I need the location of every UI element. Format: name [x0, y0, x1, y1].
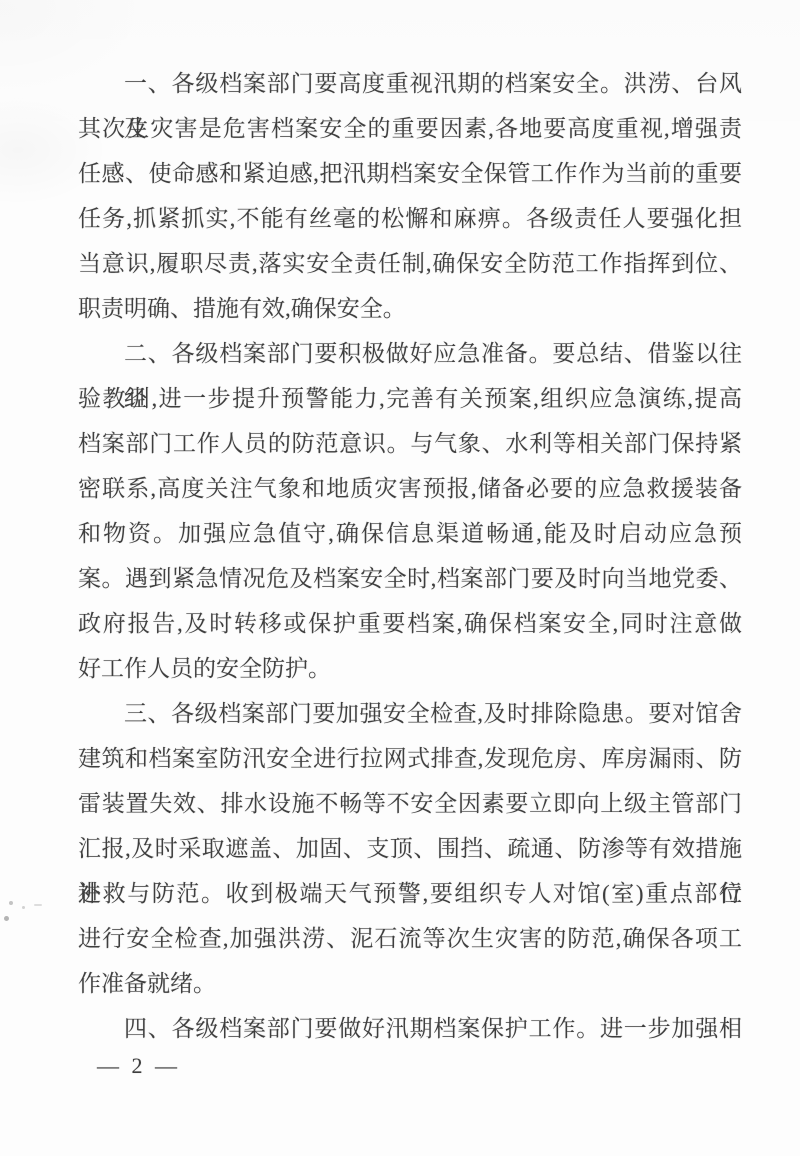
text-line: 二、各级档案部门要积极做好应急准备。要总结、借鉴以往经 — [78, 331, 742, 376]
text-line: 任感、使命感和紧迫感,把汛期档案安全保管工作作为当前的重要 — [78, 151, 742, 196]
document-body: 一、各级档案部门要高度重视汛期的档案安全。洪涝、台风及其次生灾害是危害档案安全的… — [78, 61, 742, 1051]
text-line: 汇报,及时采取遮盖、加固、支顶、围挡、疏通、防渗等有效措施进行 — [78, 826, 742, 871]
page-number: — 2 — — [97, 1048, 177, 1084]
text-line: 职责明确、措施有效,确保安全。 — [78, 286, 742, 331]
scan-speck — [9, 901, 13, 905]
paragraph: 四、各级档案部门要做好汛期档案保护工作。进一步加强相 — [78, 1006, 742, 1051]
text-line: 一、各级档案部门要高度重视汛期的档案安全。洪涝、台风及 — [78, 61, 742, 106]
text-line: 作准备就绪。 — [78, 961, 742, 1006]
paragraph: 二、各级档案部门要积极做好应急准备。要总结、借鉴以往经验教训,进一步提升预警能力… — [78, 331, 742, 691]
text-line: 建筑和档案室防汛安全进行拉网式排查,发现危房、库房漏雨、防 — [78, 736, 742, 781]
text-line: 三、各级档案部门要加强安全检查,及时排除隐患。要对馆舍 — [78, 691, 742, 736]
text-line: 雷装置失效、排水设施不畅等不安全因素要立即向上级主管部门 — [78, 781, 742, 826]
text-line: 验教训,进一步提升预警能力,完善有关预案,组织应急演练,提高 — [78, 376, 742, 421]
text-line: 密联系,高度关注气象和地质灾害预报,储备必要的应急救援装备 — [78, 466, 742, 511]
text-line: 和物资。加强应急值守,确保信息渠道畅通,能及时启动应急预 — [78, 511, 742, 556]
text-line: 档案部门工作人员的防范意识。与气象、水利等相关部门保持紧 — [78, 421, 742, 466]
paragraph: 一、各级档案部门要高度重视汛期的档案安全。洪涝、台风及其次生灾害是危害档案安全的… — [78, 61, 742, 331]
paragraph: 三、各级档案部门要加强安全检查,及时排除隐患。要对馆舍建筑和档案室防汛安全进行拉… — [78, 691, 742, 1006]
text-line: 任务,抓紧抓实,不能有丝毫的松懈和麻痹。各级责任人要强化担 — [78, 196, 742, 241]
text-line: 案。遇到紧急情况危及档案安全时,档案部门要及时向当地党委、 — [78, 556, 742, 601]
text-line: 其次生灾害是危害档案安全的重要因素,各地要高度重视,增强责 — [78, 106, 742, 151]
scan-speck — [34, 904, 42, 906]
scan-speck — [22, 906, 25, 909]
scan-speck — [4, 916, 9, 921]
text-line: 好工作人员的安全防护。 — [78, 646, 742, 691]
document-page: 一、各级档案部门要高度重视汛期的档案安全。洪涝、台风及其次生灾害是危害档案安全的… — [0, 0, 800, 1156]
text-line: 四、各级档案部门要做好汛期档案保护工作。进一步加强相 — [78, 1006, 742, 1051]
text-line: 政府报告,及时转移或保护重要档案,确保档案安全,同时注意做 — [78, 601, 742, 646]
text-line: 补救与防范。收到极端天气预警,要组织专人对馆(室)重点部位 — [78, 871, 742, 916]
text-line: 进行安全检查,加强洪涝、泥石流等次生灾害的防范,确保各项工 — [78, 916, 742, 961]
text-line: 当意识,履职尽责,落实安全责任制,确保安全防范工作指挥到位、 — [78, 241, 742, 286]
